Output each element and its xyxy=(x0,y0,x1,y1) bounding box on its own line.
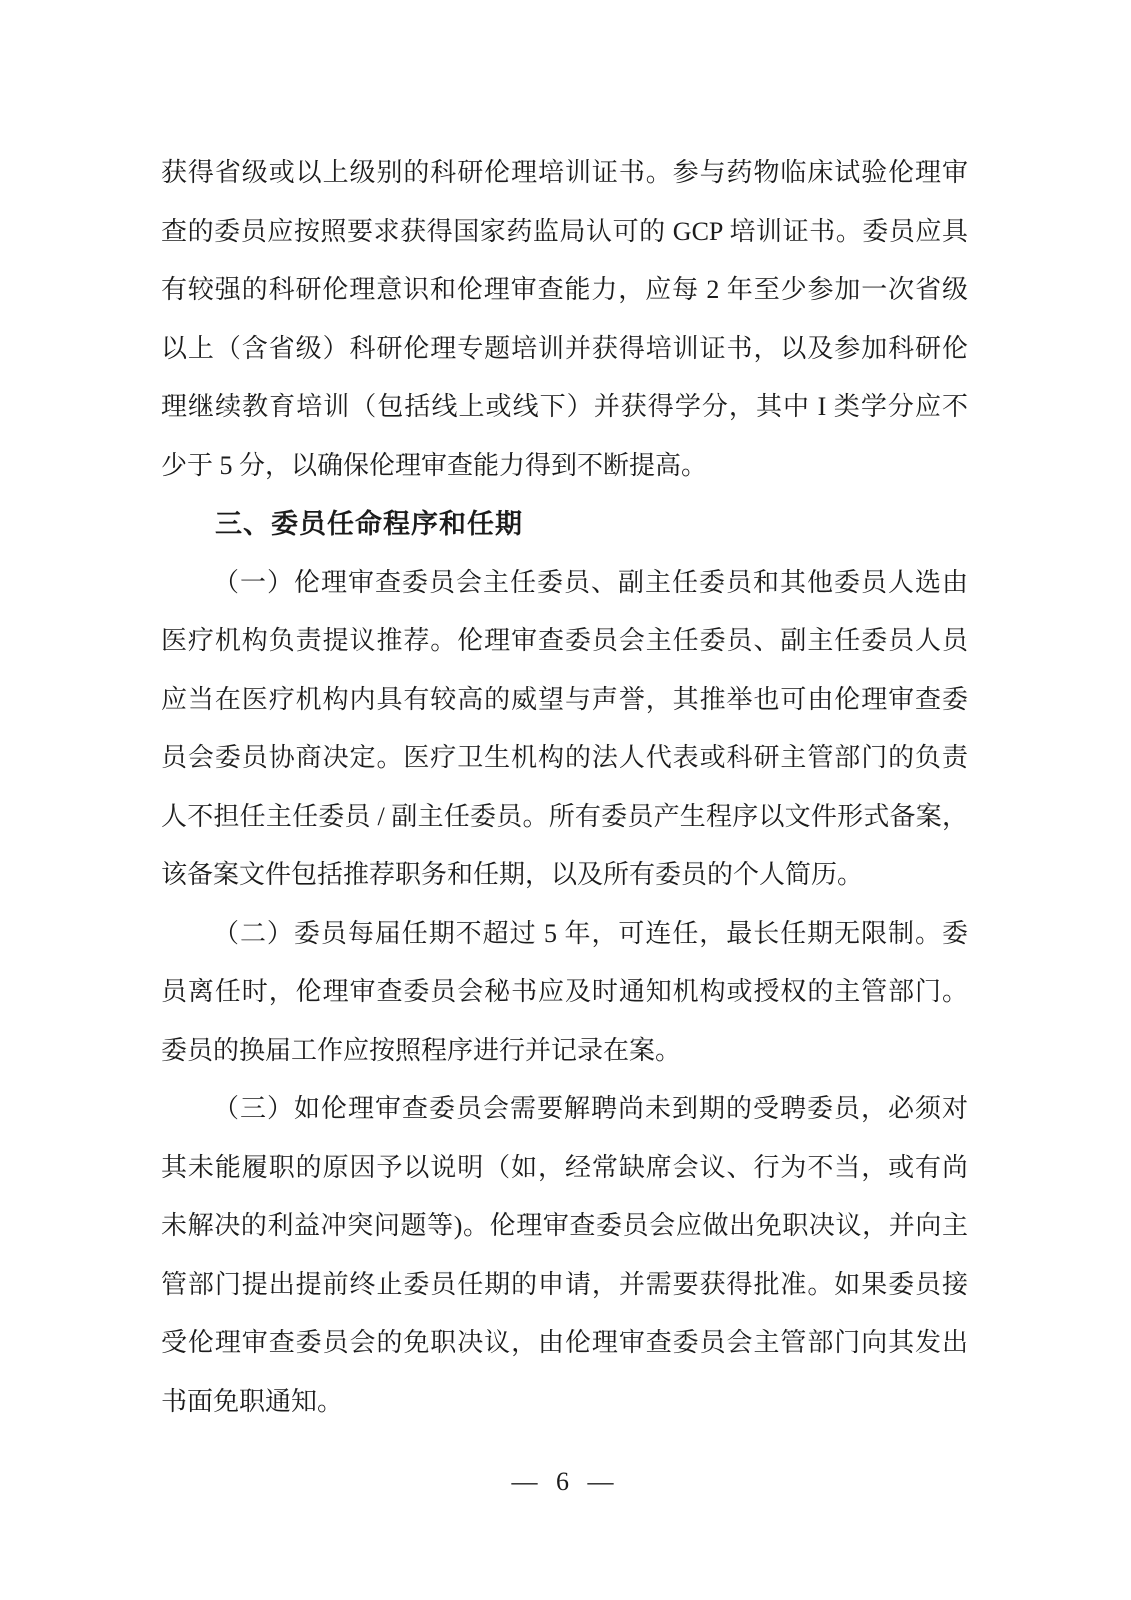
body-line: 理继续教育培训（包括线上或线下）并获得学分，其中 I 类学分应不 xyxy=(161,378,968,437)
body-line: 员离任时，伦理审查委员会秘书应及时通知机构或授权的主管部门。 xyxy=(161,963,968,1022)
body-line: 有较强的科研伦理意识和伦理审查能力，应每 2 年至少参加一次省级 xyxy=(161,261,968,320)
page-number: — 6 — xyxy=(512,1467,620,1496)
body-line: 未解决的利益冲突问题等)。伦理审查委员会应做出免职决议，并向主 xyxy=(161,1197,968,1256)
page-footer: — 6 — xyxy=(0,1462,1131,1502)
body-line: 获得省级或以上级别的科研伦理培训证书。参与药物临床试验伦理审 xyxy=(161,144,968,203)
body-line: 少于 5 分，以确保伦理审查能力得到不断提高。 xyxy=(161,437,968,496)
body-line: （三）如伦理审查委员会需要解聘尚未到期的受聘委员，必须对 xyxy=(161,1080,968,1139)
body-line: 以上（含省级）科研伦理专题培训并获得培训证书，以及参加科研伦 xyxy=(161,320,968,379)
body-line: 书面免职通知。 xyxy=(161,1373,968,1432)
body-line: 受伦理审查委员会的免职决议，由伦理审查委员会主管部门向其发出 xyxy=(161,1314,968,1373)
body-line: 该备案文件包括推荐职务和任期，以及所有委员的个人简历。 xyxy=(161,846,968,905)
section-heading: 三、委员任命程序和任期 xyxy=(161,495,968,554)
body-line: （二）委员每届任期不超过 5 年，可连任，最长任期无限制。委 xyxy=(161,905,968,964)
body-line: （一）伦理审查委员会主任委员、副主任委员和其他委员人选由 xyxy=(161,554,968,613)
body-line: 其未能履职的原因予以说明（如，经常缺席会议、行为不当，或有尚 xyxy=(161,1139,968,1198)
body-line: 员会委员协商决定。医疗卫生机构的法人代表或科研主管部门的负责 xyxy=(161,729,968,788)
body-line: 委员的换届工作应按照程序进行并记录在案。 xyxy=(161,1022,968,1081)
body-line: 人不担任主任委员 / 副主任委员。所有委员产生程序以文件形式备案， xyxy=(161,788,968,847)
body-line: 管部门提出提前终止委员任期的申请，并需要获得批准。如果委员接 xyxy=(161,1256,968,1315)
body-line: 医疗机构负责提议推荐。伦理审查委员会主任委员、副主任委员人员 xyxy=(161,612,968,671)
body-line: 应当在医疗机构内具有较高的威望与声誉，其推举也可由伦理审查委 xyxy=(161,671,968,730)
body-line: 查的委员应按照要求获得国家药监局认可的 GCP 培训证书。委员应具 xyxy=(161,203,968,262)
document-page: 获得省级或以上级别的科研伦理培训证书。参与药物临床试验伦理审 查的委员应按照要求… xyxy=(0,0,1131,1600)
document-body: 获得省级或以上级别的科研伦理培训证书。参与药物临床试验伦理审 查的委员应按照要求… xyxy=(161,144,968,1431)
